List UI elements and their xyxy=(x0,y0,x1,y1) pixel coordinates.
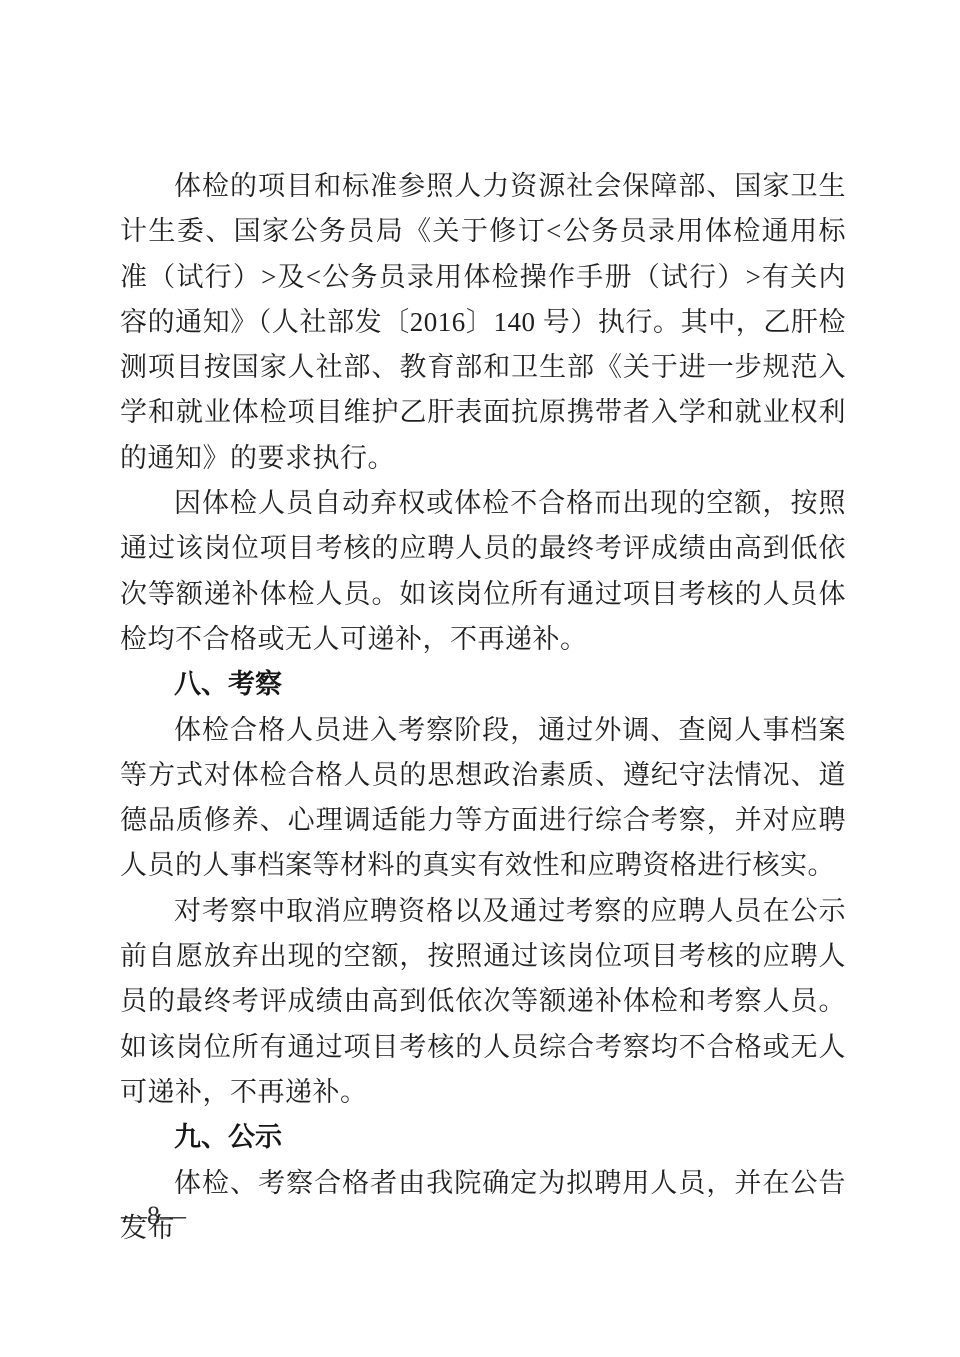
section-heading-inspection: 八、考察 xyxy=(120,662,846,707)
paragraph-inspection-vacancy-replacement: 对考察中取消应聘资格以及通过考察的应聘人员在公示前自愿放弃出现的空额，按照通过该… xyxy=(120,889,846,1115)
document-content: 体检的项目和标准参照人力资源社会保障部、国家卫生计生委、国家公务员局《关于修订<… xyxy=(120,164,846,1251)
paragraph-inspection-process: 体检合格人员进入考察阶段，通过外调、查阅人事档案等方式对体检合格人员的思想政治素… xyxy=(120,708,846,889)
paragraph-medical-exam-standards: 体检的项目和标准参照人力资源社会保障部、国家卫生计生委、国家公务员局《关于修订<… xyxy=(120,164,846,481)
section-heading-public-announcement: 九、公示 xyxy=(120,1115,846,1160)
document-page: 体检的项目和标准参照人力资源社会保障部、国家卫生计生委、国家公务员局《关于修订<… xyxy=(0,0,960,1357)
paragraph-medical-exam-vacancy-replacement: 因体检人员自动弃权或体检不合格而出现的空额，按照通过该岗位项目考核的应聘人员的最… xyxy=(120,481,846,662)
page-number: —8— xyxy=(121,1199,186,1233)
paragraph-public-announcement-intro: 体检、考察合格者由我院确定为拟聘用人员，并在公告发布 xyxy=(120,1161,846,1252)
